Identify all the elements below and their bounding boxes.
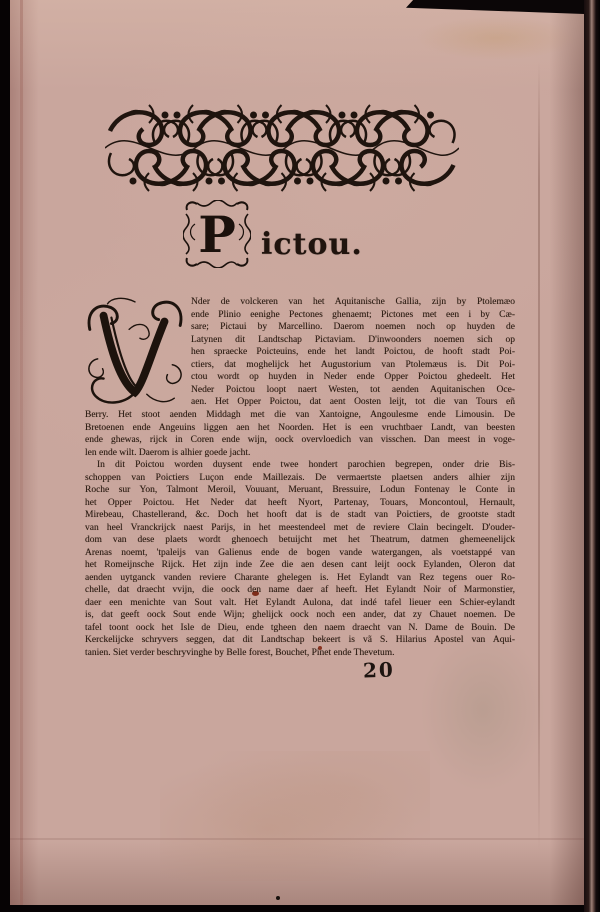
crease-line (10, 838, 584, 840)
text-line: schoppen van Poictiers Luçon ende Maille… (85, 472, 515, 485)
stain (416, 16, 576, 60)
text-line: Nder de volckeren van het Aquitanische G… (191, 296, 515, 309)
text-line: het Romeijnsche Rijck. Het zijn inde Zee… (85, 559, 515, 572)
text-line: van heel Vranckrijck naest Parijs, in he… (85, 522, 515, 535)
ornament-band (105, 103, 459, 193)
text-line: tanien. Siet verder beschryvinghe by Bel… (85, 647, 515, 660)
book-page-edges (584, 0, 600, 912)
chapter-title-text: ictou. (261, 230, 363, 260)
text-line: Mirebeau, Chastellerand, &c. Doch het ho… (85, 509, 515, 522)
book-page: P ictou. Nder de volckeren van (10, 0, 584, 905)
text-line: Roche sur Yon, Talmont Meroil, Vouuant, … (85, 484, 515, 497)
text-line: ctou wordt op huyden in Neder ende Opper… (191, 371, 515, 384)
text-line: chelle, dat draecht vvijn, die oock den … (85, 584, 515, 597)
text-line: Neder Poictou loopt naert Westen, tot ae… (191, 384, 515, 397)
text-line: daer een menichte van Sout valt. Het Eyl… (85, 597, 515, 610)
text-line: In dit Poictou worden duysent ende twee … (85, 459, 515, 472)
text-line: hen spraecke Poicteuins, ende het landt … (191, 346, 515, 359)
text-line: Berry. Het stoot aenden Middagh met die … (85, 409, 515, 422)
text-line: Latynen dit Landtschap Pictaviam. D'inwo… (191, 334, 515, 347)
body-text: Nder de volckeren van het Aquitanische G… (85, 296, 515, 659)
page-number: 20 (363, 657, 396, 682)
drop-cap-V (85, 296, 185, 409)
text-line: dom van dese plaets wordt ghenoech betui… (85, 534, 515, 547)
text-line: ctiers, dat moghelijck het Augustorium v… (191, 359, 515, 372)
text-line: sare; Pictaui by Marcellino. Daerom noem… (191, 321, 515, 334)
shadow-top-right (406, 0, 584, 14)
text-line: ende Plinio eenighe Pectones ghenaemt; P… (191, 309, 515, 322)
fold-line (20, 0, 23, 905)
text-line: Arenas noemt, 'tpaleijs van Galienus end… (85, 547, 515, 560)
chapter-title: P ictou. (183, 200, 363, 268)
title-initial-P: P (183, 200, 251, 268)
text-line: aen. Het Opper Poictou, dat aent Oosten … (191, 396, 515, 409)
ink-spot (276, 896, 280, 900)
text-line: tafel toont oock het Isle de Dieu, ende … (85, 622, 515, 635)
text-line: Kerckelijcke schryvers seggen, dat dit L… (85, 634, 515, 647)
text-line: het Opper Poictou. Het Neder dat heeft N… (85, 497, 515, 510)
text-line: is, dat geeft oock Sout ende Wijn; gheli… (85, 609, 515, 622)
title-initial-glyph: P (198, 205, 236, 264)
text-line: len ende wilt. Daerom is alhier goede ja… (85, 447, 515, 460)
stain (160, 751, 430, 881)
text-line: aenden uytganck vanden reviere Charante … (85, 572, 515, 585)
text-line: Bretoenen ende Angeuins liggen aen het N… (85, 422, 515, 435)
crease-line (538, 62, 540, 852)
text-line: ende ghewas, rijck in Coren ende wijn, o… (85, 434, 515, 447)
